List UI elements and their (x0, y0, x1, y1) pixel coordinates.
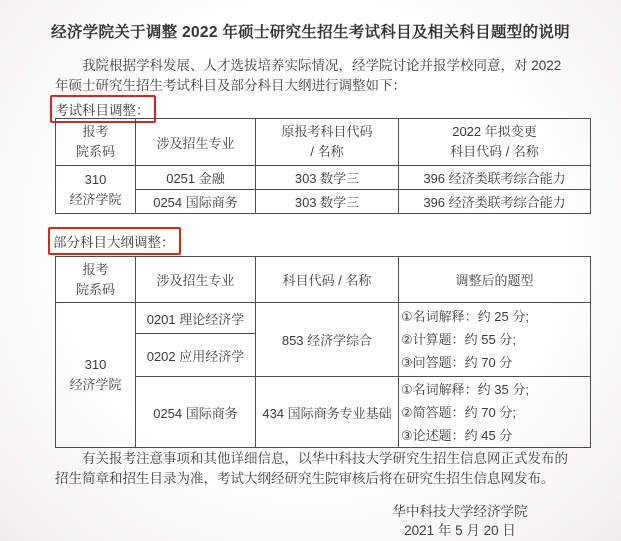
table-header-row: 报考 院系码 涉及招生专业 原报考科目代码 / 名称 2022 年拟变更 科目代… (56, 119, 591, 166)
cell-old-subject: 303 数学三 (256, 190, 399, 214)
question-type-line: ①名词解释：约 35 分; (401, 378, 588, 401)
cell-new-subject: 396 经济类联考综合能力 (399, 166, 591, 190)
cell-new-subject: 396 经济类联考综合能力 (399, 190, 591, 214)
exam-subjects-adjustment-table: 报考 院系码 涉及招生专业 原报考科目代码 / 名称 2022 年拟变更 科目代… (55, 118, 591, 214)
section-syllabus-adjustment: 部分科目大纲调整： (48, 227, 181, 255)
question-type-line: ③问答题：约 70 分 (401, 351, 588, 374)
syllabus-adjustment-table: 报考 院系码 涉及招生专业 科目代码 / 名称 调整后的题型 310 经济学院 … (55, 256, 591, 448)
table-row: 310 经济学院 0251 金融 303 数学三 396 经济类联考综合能力 (56, 166, 591, 190)
cell-major: 0201 理论经济学 (136, 303, 256, 334)
cell-major: 0202 应用经济学 (136, 334, 256, 377)
cell-old-subject: 303 数学三 (256, 166, 399, 190)
question-type-line: ②简答题：约 70 分; (401, 401, 588, 424)
header-majors: 涉及招生专业 (136, 119, 256, 166)
section-label-text: 部分科目大纲调整： (53, 235, 175, 250)
header-college-code: 报考 院系码 (56, 119, 136, 166)
cell-major: 0254 国际商务 (136, 377, 256, 448)
table-header-row: 报考 院系码 涉及招生专业 科目代码 / 名称 调整后的题型 (56, 257, 591, 303)
header-question-types: 调整后的题型 (399, 257, 591, 303)
page-title: 经济学院关于调整 2022 年硕士研究生招生考试科目及相关科目题型的说明 (0, 20, 621, 42)
cell-subject: 434 国际商务专业基础 (256, 377, 399, 448)
cell-question-types: ①名词解释：约 35 分; ②简答题：约 70 分; ③论述题：约 45 分 (399, 377, 591, 448)
intro-paragraph: 我院根据学科发展、人才选拔培养实际情况，经学院讨论并报学校同意，对 2022 年… (55, 56, 575, 96)
cell-college: 310 经济学院 (56, 166, 136, 214)
cell-question-types: ①名词解释：约 25 分; ②计算题：约 55 分; ③问答题：约 70 分 (399, 303, 591, 377)
question-type-line: ③论述题：约 45 分 (401, 424, 588, 447)
header-subject-code: 科目代码 / 名称 (256, 257, 399, 303)
signature-block: 华中科技大学经济学院 2021 年 5 月 20 日 (375, 502, 545, 540)
cell-major: 0251 金融 (136, 166, 256, 190)
table-row: 310 经济学院 0201 理论经济学 853 经济学综合 ①名词解释：约 25… (56, 303, 591, 334)
cell-major: 0254 国际商务 (136, 190, 256, 214)
signature-org: 华中科技大学经济学院 (375, 502, 545, 521)
document-page: 经济学院关于调整 2022 年硕士研究生招生考试科目及相关科目题型的说明 我院根… (0, 0, 621, 541)
table-row: 0254 国际商务 303 数学三 396 经济类联考综合能力 (56, 190, 591, 214)
header-college-code: 报考 院系码 (56, 257, 136, 303)
question-type-line: ①名词解释：约 25 分; (401, 305, 588, 328)
header-original-subject: 原报考科目代码 / 名称 (256, 119, 399, 166)
header-majors: 涉及招生专业 (136, 257, 256, 303)
table-row: 0254 国际商务 434 国际商务专业基础 ①名词解释：约 35 分; ②简答… (56, 377, 591, 448)
red-highlight-box: 部分科目大纲调整： (48, 227, 181, 255)
section-label-text: 考试科目调整： (55, 103, 150, 118)
header-new-subject: 2022 年拟变更 科目代码 / 名称 (399, 119, 591, 166)
question-type-line: ②计算题：约 55 分; (401, 328, 588, 351)
cell-subject: 853 经济学综合 (256, 303, 399, 377)
signature-date: 2021 年 5 月 20 日 (375, 521, 545, 540)
cell-college: 310 经济学院 (56, 303, 136, 448)
footer-note: 有关报考注意事项和其他详细信息，以华中科技大学研究生招生信息网正式发布的招生简章… (55, 449, 577, 489)
